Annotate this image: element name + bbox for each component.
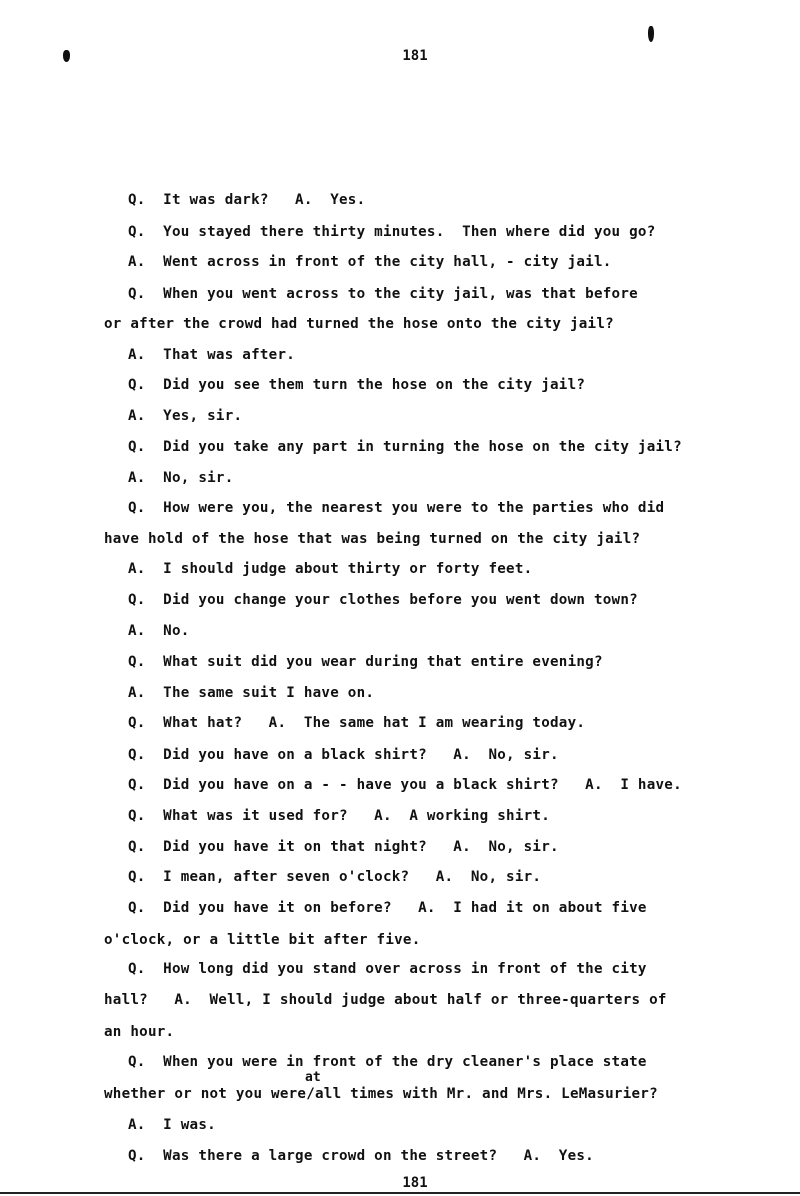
transcript-line: Q. Did you change your clothes before yo…: [128, 592, 638, 608]
page-number-bottom: 181: [0, 1175, 800, 1191]
transcript-line: Q. How long did you stand over across in…: [128, 961, 647, 977]
transcript-line: Q. I mean, after seven o'clock? A. No, s…: [128, 869, 541, 885]
transcript-line: Q. How were you, the nearest you were to…: [128, 500, 664, 516]
transcript-line: Q. Did you see them turn the hose on the…: [128, 377, 585, 393]
transcript-line: o'clock, or a little bit after five.: [104, 932, 421, 948]
transcript-line: or after the crowd had turned the hose o…: [104, 316, 614, 332]
transcript-line: A. Yes, sir.: [128, 408, 242, 424]
transcript-line: A. I should judge about thirty or forty …: [128, 561, 532, 577]
transcript-line: Q. When you went across to the city jail…: [128, 286, 638, 302]
transcript-line: Q. What hat? A. The same hat I am wearin…: [128, 715, 585, 731]
transcript-line: Q. Did you have on a black shirt? A. No,…: [128, 747, 559, 763]
transcript-line: Q. Did you have it on before? A. I had i…: [128, 900, 647, 916]
transcript-line: Q. What suit did you wear during that en…: [128, 654, 603, 670]
transcript-line: Q. You stayed there thirty minutes. Then…: [128, 224, 656, 240]
interlinear-insertion: at: [305, 1070, 321, 1085]
transcript-line: Q. Did you have on a - - have you a blac…: [128, 777, 682, 793]
transcript-line: Q. It was dark? A. Yes.: [128, 192, 365, 208]
transcript-line: Q. What was it used for? A. A working sh…: [128, 808, 550, 824]
transcript-line: A. That was after.: [128, 347, 295, 363]
transcript-line: have hold of the hose that was being tur…: [104, 531, 640, 547]
punch-hole-mark: [648, 26, 654, 42]
transcript-line: A. No, sir.: [128, 470, 234, 486]
transcript-line: an hour.: [104, 1024, 174, 1040]
transcript-line: A. I was.: [128, 1117, 216, 1133]
transcript-line: Q. Did you have it on that night? A. No,…: [128, 839, 559, 855]
page-number-top: 181: [0, 48, 800, 64]
transcript-line: A. The same suit I have on.: [128, 685, 374, 701]
transcript-line: Q. When you were in front of the dry cle…: [128, 1054, 647, 1070]
transcript-line: A. No.: [128, 623, 190, 639]
transcript-line: whether or not you were/all times with M…: [104, 1086, 658, 1102]
transcript-line: hall? A. Well, I should judge about half…: [104, 992, 667, 1008]
transcript-line: Q. Did you take any part in turning the …: [128, 439, 682, 455]
transcript-page: 181 Q. It was dark? A. Yes.Q. You stayed…: [0, 0, 800, 1196]
bottom-rule: [0, 1192, 800, 1194]
transcript-line: Q. Was there a large crowd on the street…: [128, 1148, 594, 1164]
transcript-line: A. Went across in front of the city hall…: [128, 254, 612, 270]
